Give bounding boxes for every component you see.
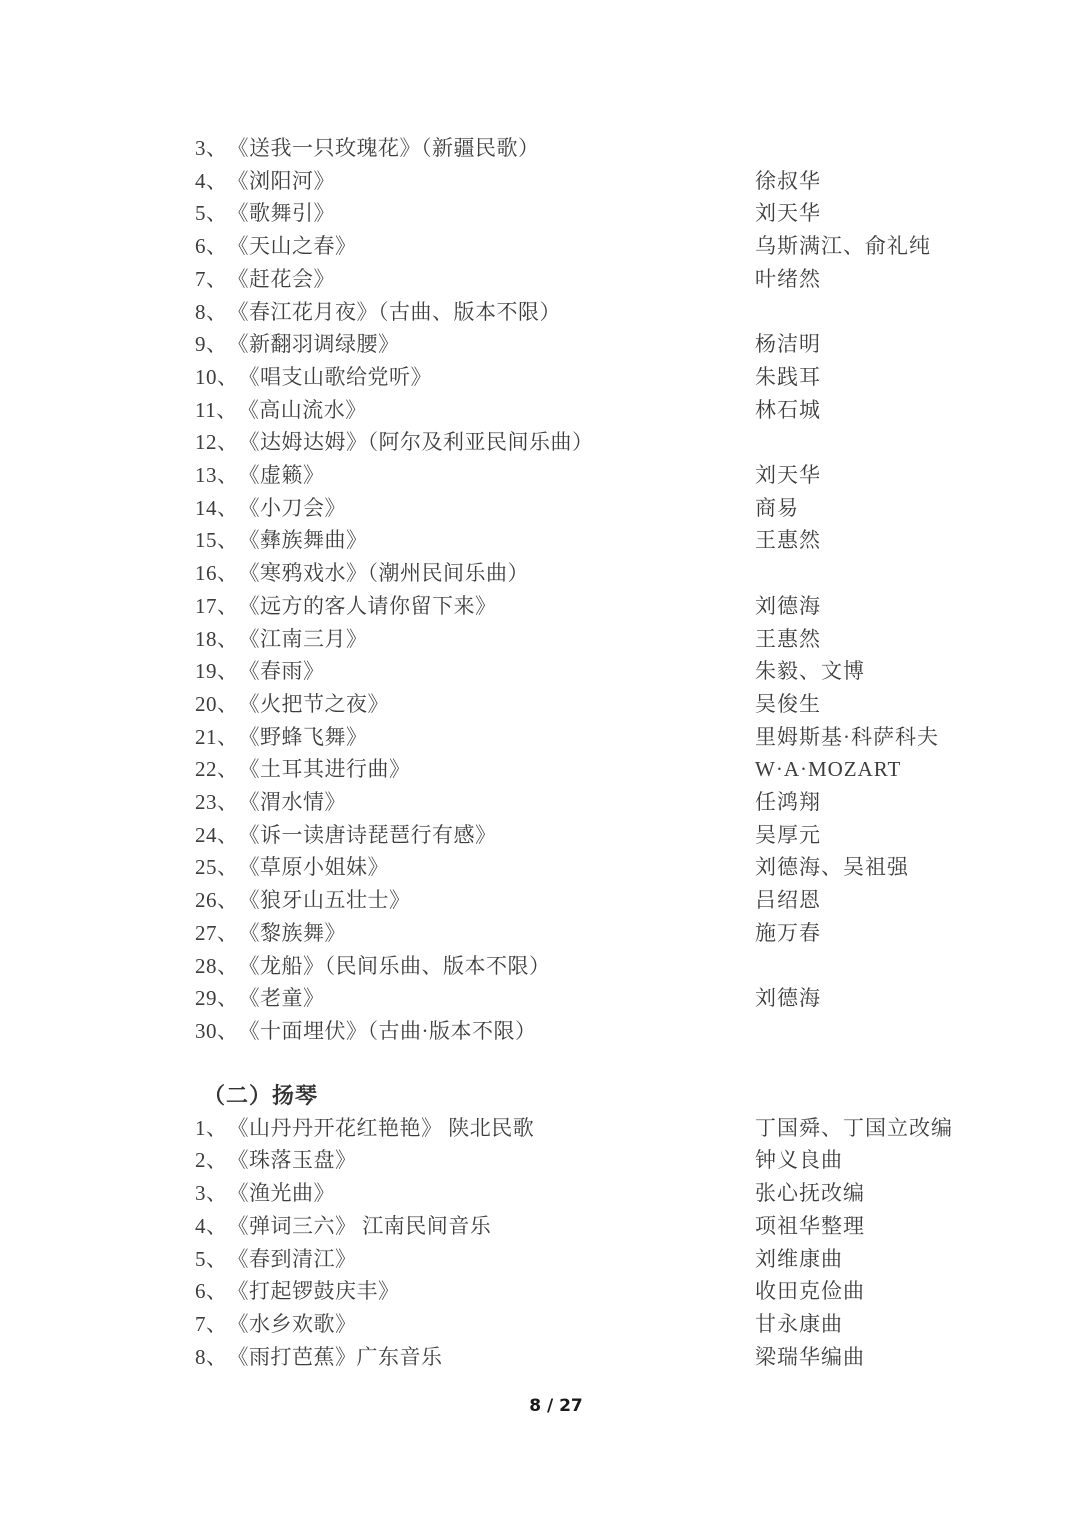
item-composer: 乌斯满江、俞礼纯: [755, 230, 931, 263]
item-composer: 刘德海、吴祖强: [755, 851, 909, 884]
item-title: 《诉一读唐诗琵琶行有感》: [239, 823, 497, 847]
item-number: 21、: [195, 721, 239, 754]
item-composer: 徐叔华: [755, 165, 821, 198]
repertoire-item-row: 19、《春雨》朱毅、文博: [195, 655, 1080, 688]
repertoire-item-row: 25、《草原小姐妹》刘德海、吴祖强: [195, 851, 1080, 884]
item-title: 《老童》: [239, 986, 325, 1010]
item-number: 2、: [195, 1144, 228, 1177]
repertoire-item-row: 23、《渭水情》任鸿翔: [195, 786, 1080, 819]
item-title: 《歌舞引》: [228, 201, 336, 225]
repertoire-item-row: 3、《渔光曲》张心抚改编: [195, 1177, 1080, 1210]
repertoire-item-row: 11、《高山流水》林石城: [195, 394, 1080, 427]
item-title: 《土耳其进行曲》: [239, 757, 411, 781]
item-number: 11、: [195, 394, 238, 427]
repertoire-item-row: 13、《虚籁》刘天华: [195, 459, 1080, 492]
repertoire-item-row: 18、《江南三月》王惠然: [195, 623, 1080, 656]
item-title: 《送我一只玫瑰花》（新疆民歌）: [228, 136, 540, 160]
repertoire-item-row: 1、《山丹丹开花红艳艳》 陕北民歌丁国舜、丁国立改编: [195, 1112, 1080, 1145]
repertoire-item-row: 4、《浏阳河》徐叔华: [195, 165, 1080, 198]
item-title: 《江南三月》: [239, 627, 368, 651]
item-title: 《珠落玉盘》: [228, 1148, 357, 1172]
item-number: 29、: [195, 982, 239, 1015]
item-number: 5、: [195, 1243, 228, 1276]
item-composer: 甘永康曲: [755, 1308, 843, 1341]
item-title: 《寒鸦戏水》（潮州民间乐曲）: [239, 561, 530, 585]
item-number: 9、: [195, 328, 228, 361]
item-composer: 收田克俭曲: [755, 1275, 865, 1308]
item-number: 4、: [195, 165, 228, 198]
item-title: 《春雨》: [239, 659, 325, 683]
section-heading: （二）扬琴: [203, 1079, 1080, 1112]
item-number: 22、: [195, 753, 239, 786]
item-composer: 张心抚改编: [755, 1177, 865, 1210]
item-number: 4、: [195, 1210, 228, 1243]
item-composer: 钟义良曲: [755, 1144, 843, 1177]
item-number: 7、: [195, 263, 228, 296]
item-number: 8、: [195, 1341, 228, 1374]
item-composer: 叶绪然: [755, 263, 821, 296]
repertoire-item-row: 5、《歌舞引》刘天华: [195, 197, 1080, 230]
item-composer: 刘天华: [755, 197, 821, 230]
item-number: 12、: [195, 426, 239, 459]
item-title: 《虚籁》: [239, 463, 325, 487]
repertoire-item-row: 10、《唱支山歌给党听》朱践耳: [195, 361, 1080, 394]
item-title: 《龙船》（民间乐曲、版本不限）: [239, 954, 551, 978]
item-title: 《春江花月夜》（古曲、版本不限）: [228, 300, 562, 324]
repertoire-item-row: 21、《野蜂飞舞》里姆斯基·科萨科夫: [195, 721, 1080, 754]
item-title: 《水乡欢歌》: [228, 1312, 357, 1336]
item-title: 《浏阳河》: [228, 169, 336, 193]
repertoire-item-row: 6、《天山之春》乌斯满江、俞礼纯: [195, 230, 1080, 263]
repertoire-item-row: 16、《寒鸦戏水》（潮州民间乐曲）: [195, 557, 1080, 590]
item-title: 《达姆达姆》（阿尔及利亚民间乐曲）: [239, 430, 594, 454]
item-title: 《小刀会》: [239, 496, 347, 520]
repertoire-item-row: 8、《雨打芭蕉》广东音乐梁瑞华编曲: [195, 1341, 1080, 1374]
item-number: 10、: [195, 361, 239, 394]
item-number: 17、: [195, 590, 239, 623]
item-number: 3、: [195, 1177, 228, 1210]
item-number: 13、: [195, 459, 239, 492]
repertoire-item-row: 7、《水乡欢歌》甘永康曲: [195, 1308, 1080, 1341]
item-title: 《春到清江》: [228, 1247, 357, 1271]
repertoire-item-row: 6、《打起锣鼓庆丰》收田克俭曲: [195, 1275, 1080, 1308]
item-composer: 刘维康曲: [755, 1243, 843, 1276]
item-composer: 吴厚元: [755, 819, 821, 852]
repertoire-item-row: 3、《送我一只玫瑰花》（新疆民歌）: [195, 132, 1080, 165]
item-number: 16、: [195, 557, 239, 590]
repertoire-item-row: 20、《火把节之夜》吴俊生: [195, 688, 1080, 721]
repertoire-item-row: 22、《土耳其进行曲》W·A·MOZART: [195, 753, 1080, 786]
repertoire-item-row: 8、《春江花月夜》（古曲、版本不限）: [195, 296, 1080, 329]
item-title: 《雨打芭蕉》广东音乐: [228, 1345, 443, 1369]
repertoire-item-row: 7、《赶花会》叶绪然: [195, 263, 1080, 296]
item-number: 23、: [195, 786, 239, 819]
repertoire-item-row: 29、《老童》刘德海: [195, 982, 1080, 1015]
item-number: 15、: [195, 524, 239, 557]
item-composer: 刘德海: [755, 982, 821, 1015]
item-number: 14、: [195, 492, 239, 525]
item-number: 5、: [195, 197, 228, 230]
item-number: 19、: [195, 655, 239, 688]
item-title: 《打起锣鼓庆丰》: [228, 1279, 400, 1303]
item-title: 《火把节之夜》: [239, 692, 390, 716]
item-composer: 朱毅、文博: [755, 655, 865, 688]
item-title: 《狼牙山五壮士》: [239, 888, 411, 912]
item-composer: 吴俊生: [755, 688, 821, 721]
item-title: 《远方的客人请你留下来》: [239, 594, 497, 618]
item-number: 18、: [195, 623, 239, 656]
repertoire-item-row: 14、《小刀会》商易: [195, 492, 1080, 525]
item-title: 《野蜂飞舞》: [239, 725, 368, 749]
item-composer: 林石城: [755, 394, 821, 427]
item-title: 《渔光曲》: [228, 1181, 336, 1205]
item-number: 8、: [195, 296, 228, 329]
repertoire-item-row: 2、《珠落玉盘》钟义良曲: [195, 1144, 1080, 1177]
repertoire-item-row: 4、《弹词三六》 江南民间音乐项祖华整理: [195, 1210, 1080, 1243]
item-composer: 丁国舜、丁国立改编: [755, 1112, 953, 1145]
item-composer: 王惠然: [755, 524, 821, 557]
item-composer: 商易: [755, 492, 799, 525]
item-title: 《黎族舞》: [239, 921, 347, 945]
item-number: 25、: [195, 851, 239, 884]
item-composer: W·A·MOZART: [755, 753, 901, 786]
item-title: 《新翻羽调绿腰》: [228, 332, 400, 356]
item-title: 《山丹丹开花红艳艳》 陕北民歌: [228, 1116, 535, 1140]
repertoire-item-row: 15、《彝族舞曲》王惠然: [195, 524, 1080, 557]
repertoire-item-row: 9、《新翻羽调绿腰》杨洁明: [195, 328, 1080, 361]
item-title: 《唱支山歌给党听》: [239, 365, 433, 389]
item-number: 6、: [195, 230, 228, 263]
item-title: 《草原小姐妹》: [239, 855, 390, 879]
item-composer: 施万春: [755, 917, 821, 950]
item-title: 《赶花会》: [228, 267, 336, 291]
item-title: 《彝族舞曲》: [239, 528, 368, 552]
repertoire-item-row: 12、《达姆达姆》（阿尔及利亚民间乐曲）: [195, 426, 1080, 459]
item-number: 30、: [195, 1015, 239, 1048]
item-title: 《高山流水》: [238, 398, 367, 422]
repertoire-item-row: 24、《诉一读唐诗琵琶行有感》吴厚元: [195, 819, 1080, 852]
item-composer: 吕绍恩: [755, 884, 821, 917]
item-number: 24、: [195, 819, 239, 852]
item-number: 7、: [195, 1308, 228, 1341]
repertoire-item-row: 5、《春到清江》刘维康曲: [195, 1243, 1080, 1276]
repertoire-item-row: 26、《狼牙山五壮士》吕绍恩: [195, 884, 1080, 917]
item-composer: 王惠然: [755, 623, 821, 656]
item-number: 20、: [195, 688, 239, 721]
item-title: 《渭水情》: [239, 790, 347, 814]
item-composer: 梁瑞华编曲: [755, 1341, 865, 1374]
item-title: 《十面埋伏》（古曲·版本不限）: [239, 1019, 537, 1043]
item-title: 《天山之春》: [228, 234, 357, 258]
document-page: 3、《送我一只玫瑰花》（新疆民歌）4、《浏阳河》徐叔华5、《歌舞引》刘天华6、《…: [0, 0, 1080, 1373]
item-composer: 刘德海: [755, 590, 821, 623]
repertoire-item-row: 17、《远方的客人请你留下来》刘德海: [195, 590, 1080, 623]
sections: 3、《送我一只玫瑰花》（新疆民歌）4、《浏阳河》徐叔华5、《歌舞引》刘天华6、《…: [195, 132, 1080, 1373]
item-composer: 杨洁明: [755, 328, 821, 361]
item-number: 3、: [195, 132, 228, 165]
item-composer: 任鸿翔: [755, 786, 821, 819]
item-title: 《弹词三六》 江南民间音乐: [228, 1214, 492, 1238]
item-number: 28、: [195, 950, 239, 983]
repertoire-item-row: 27、《黎族舞》施万春: [195, 917, 1080, 950]
item-composer: 刘天华: [755, 459, 821, 492]
item-number: 26、: [195, 884, 239, 917]
item-number: 6、: [195, 1275, 228, 1308]
repertoire-section: 3、《送我一只玫瑰花》（新疆民歌）4、《浏阳河》徐叔华5、《歌舞引》刘天华6、《…: [195, 132, 1080, 1048]
item-composer: 里姆斯基·科萨科夫: [755, 721, 939, 754]
repertoire-item-row: 28、《龙船》（民间乐曲、版本不限）: [195, 950, 1080, 983]
repertoire-item-row: 30、《十面埋伏》（古曲·版本不限）: [195, 1015, 1080, 1048]
item-number: 27、: [195, 917, 239, 950]
item-composer: 朱践耳: [755, 361, 821, 394]
item-composer: 项祖华整理: [755, 1210, 865, 1243]
repertoire-section: （二）扬琴1、《山丹丹开花红艳艳》 陕北民歌丁国舜、丁国立改编2、《珠落玉盘》钟…: [195, 1079, 1080, 1374]
page-number: 8 / 27: [16, 1396, 1080, 1416]
item-number: 1、: [195, 1112, 228, 1145]
